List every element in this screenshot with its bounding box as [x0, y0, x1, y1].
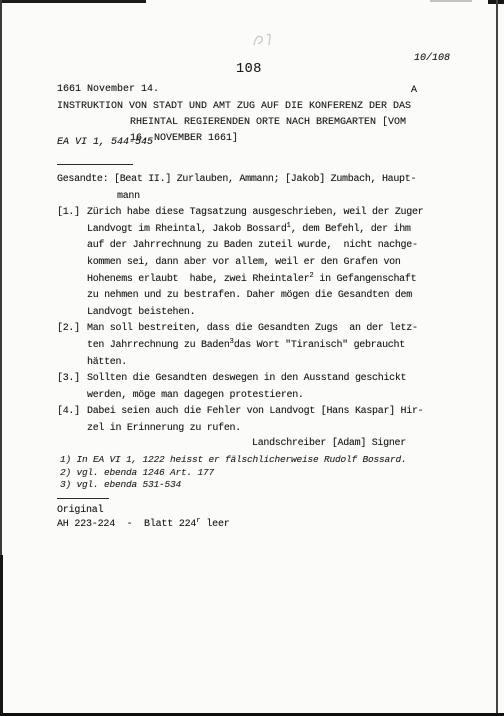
pencil-mark [251, 30, 277, 55]
text-line: 3) vgl. ebenda 531-534 [60, 479, 407, 492]
provenance-block: Original AH 223-224 - Blatt 224r leer [57, 504, 230, 531]
item-text: Zürich habe diese Tagsatzung ausgeschrie… [87, 205, 423, 321]
scan-edge-top-faint [430, 0, 472, 2]
text-line: 2) vgl. ebenda 1246 Art. 177 [60, 467, 407, 480]
text-line: Dabei seien auch die Fehler von Landvogt… [87, 404, 423, 421]
text-line: werden, möge man dagegen protestieren. [87, 388, 406, 405]
scan-edge-top-left [0, 0, 146, 3]
text-line: 1) In EA VI 1, 1222 heisst er fälschlich… [60, 454, 407, 467]
signature-line: Landschreiber [Adam] Signer [252, 438, 406, 449]
text-line: zel in Erinnerung zu rufen. [87, 421, 423, 438]
text-line: zu nehmen und zu bestrafen. Daher mögen … [87, 288, 423, 305]
items: [1.]Zürich habe diese Tagsatzung ausgesc… [57, 205, 423, 437]
separator-rule-bottom [57, 498, 109, 499]
provenance-type: Original [57, 504, 230, 518]
footnotes: 1) In EA VI 1, 1222 heisst er fälschlich… [60, 454, 407, 492]
scan-edge-left-bottom [0, 555, 3, 716]
folio-reference: 10/108 [414, 53, 450, 64]
text-line: hätten. [87, 355, 418, 372]
item-number-label: [4.] [57, 404, 87, 437]
page-number: 108 [236, 62, 262, 77]
item-text: Dabei seien auch die Fehler von Landvogt… [87, 404, 423, 437]
text-line: Landvogt im Rheintal, Jakob Bossard1, de… [87, 222, 423, 239]
item-number-label: [3.] [57, 371, 87, 404]
scan-edge-right [496, 0, 498, 716]
date-heading: 1661 November 14. [57, 84, 159, 95]
regest-item: [3.]Sollten die Gesandten deswegen in de… [57, 371, 423, 404]
text-line: Man soll bestreiten, dass die Gesandten … [87, 321, 418, 338]
regest-item: [4.]Dabei seien auch die Fehler von Land… [57, 404, 423, 437]
text-line: Sollten die Gesandten deswegen in den Au… [87, 371, 406, 388]
text-line: Zürich habe diese Tagsatzung ausgeschrie… [87, 205, 423, 222]
corner-letter: A [411, 85, 417, 96]
document-body: Gesandte: [Beat II.] Zurlauben, Ammann; … [57, 172, 423, 438]
provenance-shelfmark: AH 223-224 - Blatt 224r leer [57, 518, 230, 532]
separator-rule-top [57, 164, 133, 165]
item-text: Man soll bestreiten, dass die Gesandten … [87, 321, 418, 371]
text-line: RHEINTAL REGIERENDEN ORTE NACH BREMGARTE… [57, 115, 411, 131]
scanned-document-page: 10/108 108 1661 November 14. A INSTRUKTI… [0, 0, 504, 716]
text-line: ten Jahrrechnung zu Baden3das Wort "Tira… [87, 338, 418, 355]
text-line: Gesandte: [Beat II.] Zurlauben, Ammann; … [57, 172, 423, 189]
source-reference: EA VI 1, 544-545 [57, 137, 153, 148]
text-line: kommen sei, dann aber vor allem, weil er… [87, 255, 423, 272]
regest-item: [2.]Man soll bestreiten, dass die Gesand… [57, 321, 423, 371]
item-number-label: [1.] [57, 205, 87, 321]
text-line: Hohenems erlaubt habe, zwei Rheintaler2 … [87, 272, 423, 289]
text-line: mann [57, 189, 423, 206]
text-line: auf der Jahrrechnung zu Baden zuteil wur… [87, 238, 423, 255]
regest-item: [1.]Zürich habe diese Tagsatzung ausgesc… [57, 205, 423, 321]
gesandte-block: Gesandte: [Beat II.] Zurlauben, Ammann; … [57, 172, 423, 205]
text-line: Landvogt beistehen. [87, 305, 423, 322]
text-line: INSTRUKTION VON STADT UND AMT ZUG AUF DI… [57, 99, 411, 115]
item-number-label: [2.] [57, 321, 87, 371]
item-text: Sollten die Gesandten deswegen in den Au… [87, 371, 406, 404]
